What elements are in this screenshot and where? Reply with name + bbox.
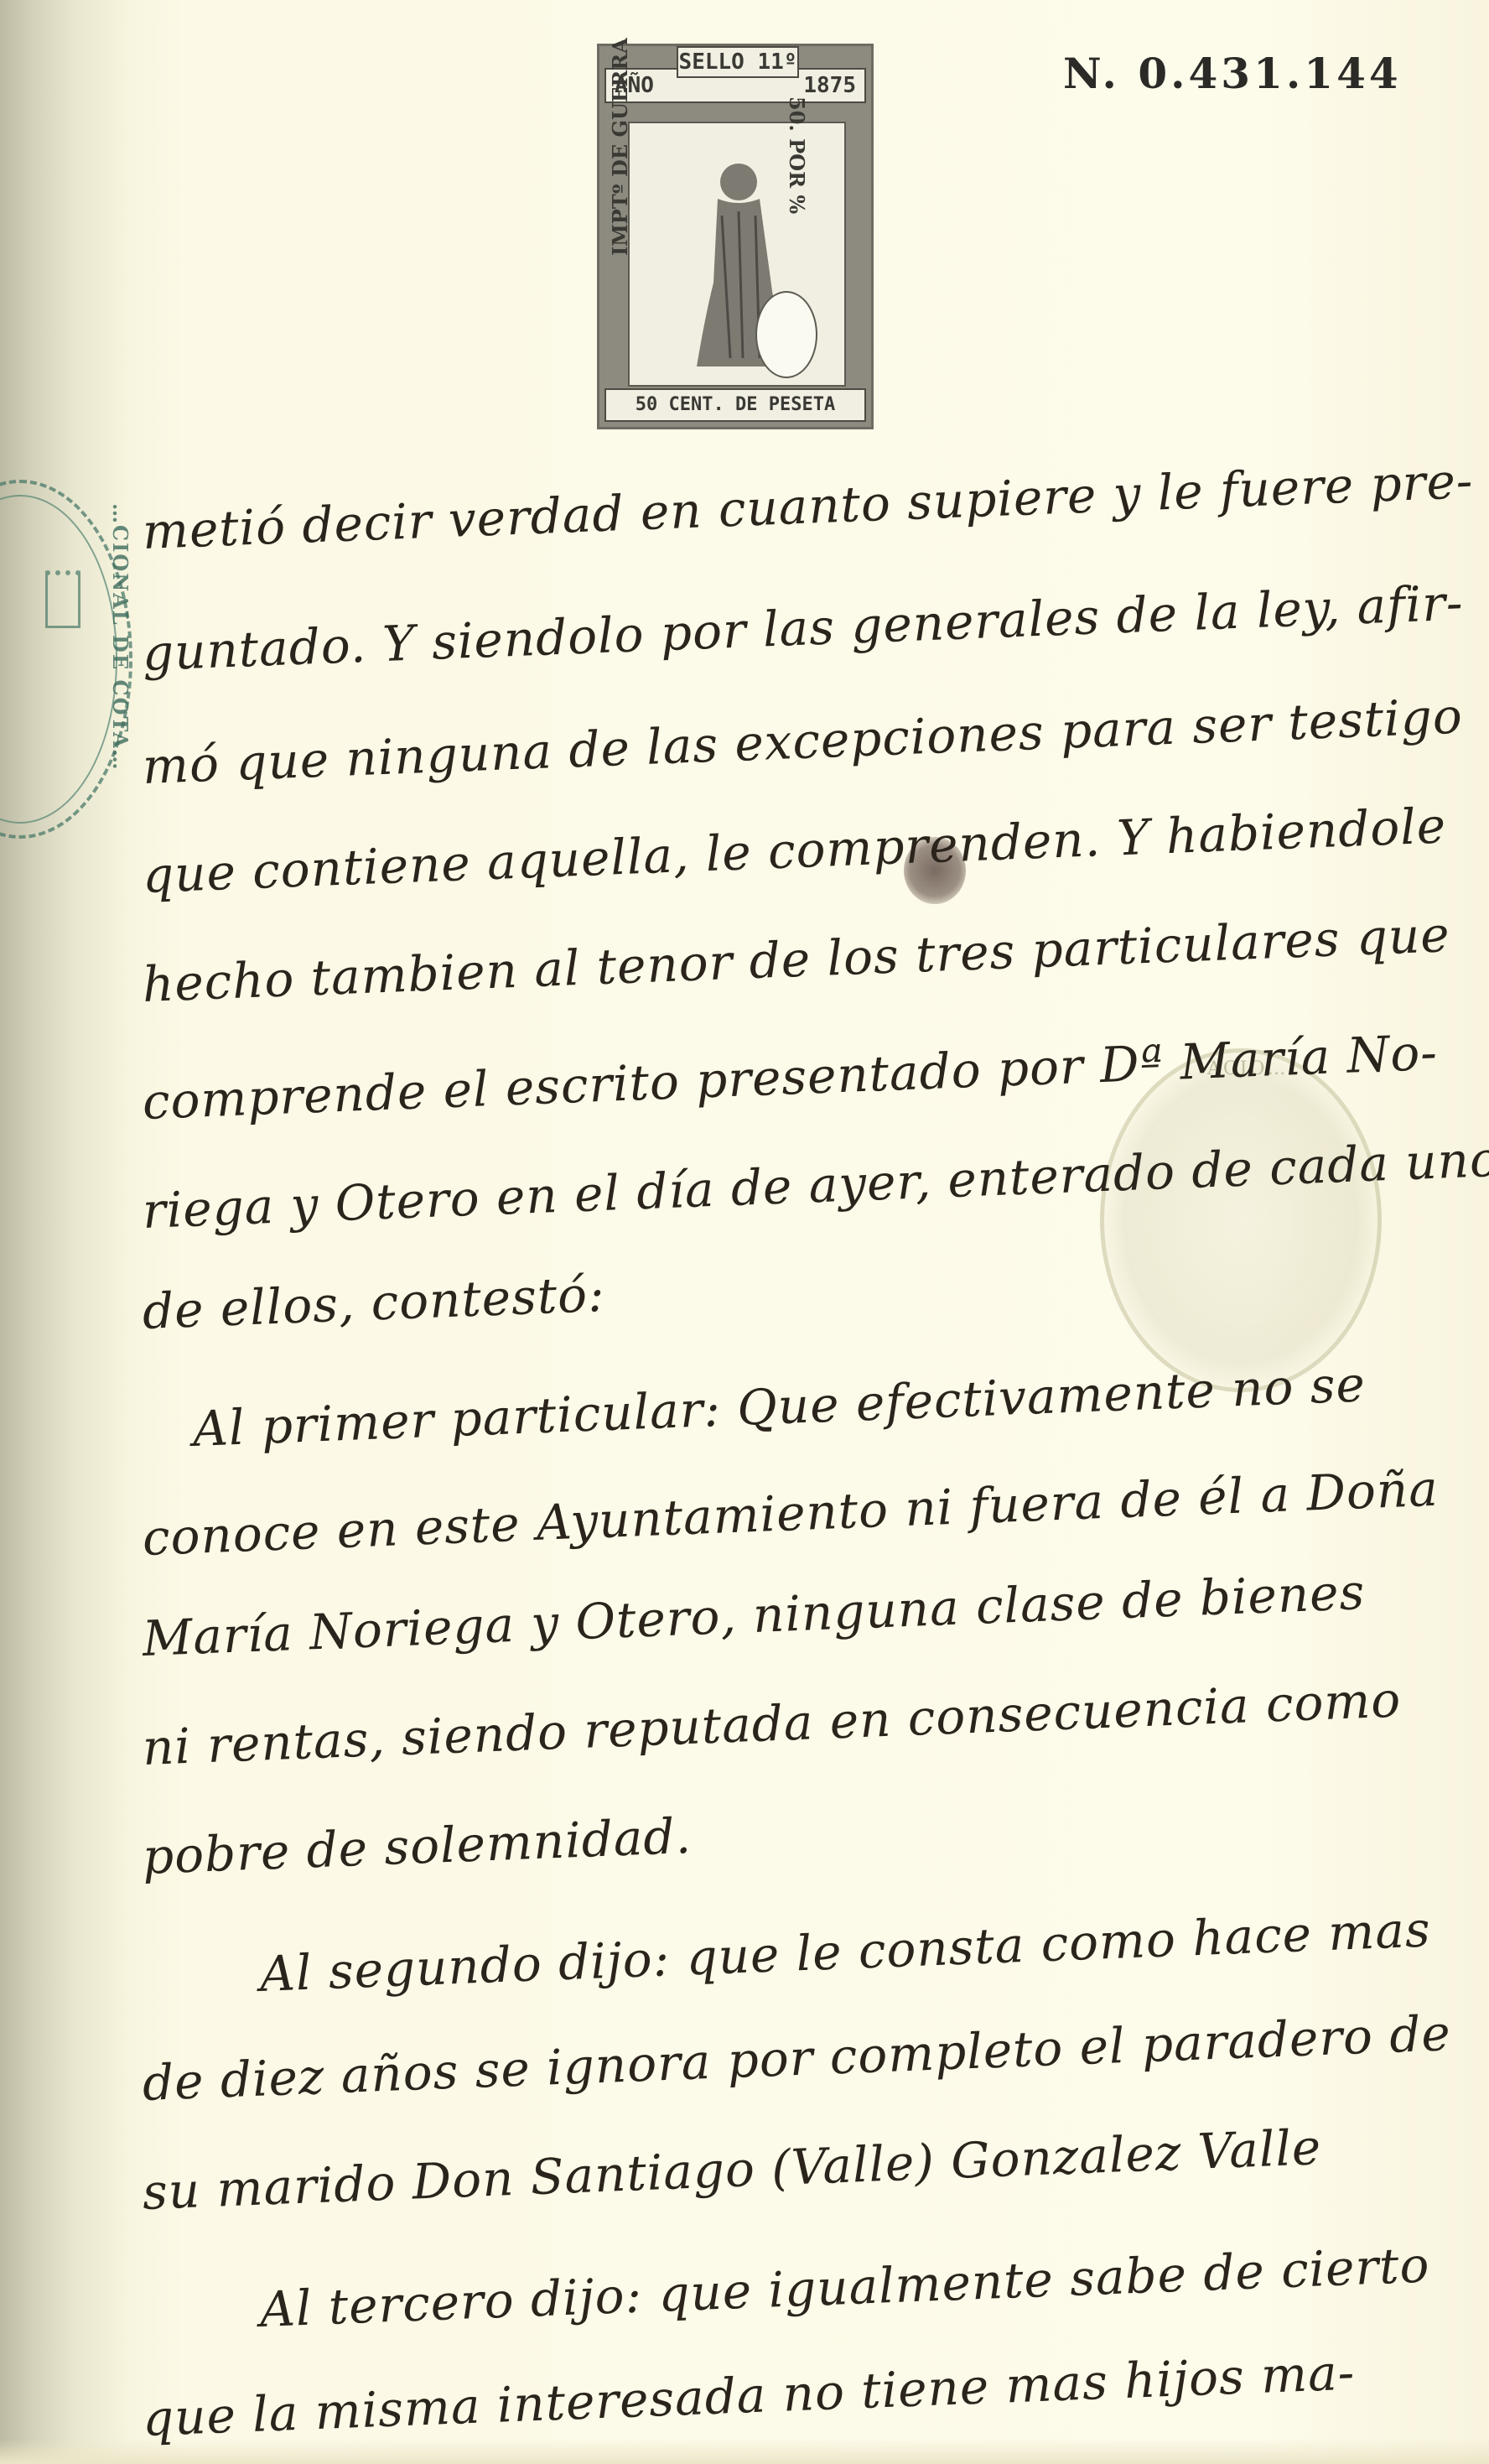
castle-icon (45, 570, 80, 628)
stamp-value: 50 CENT. DE PESETA (604, 388, 866, 422)
stamp-oval (755, 291, 817, 378)
stamp-year: 1875 (803, 73, 856, 98)
stamp-sello: SELLO 11º (677, 46, 799, 78)
stamp-left-vertical: IMPTº DE GUERRA (608, 38, 632, 256)
left-seal-text: …CIONAL DE COTA… (99, 503, 132, 822)
right-embossed-seal (1100, 1048, 1382, 1392)
revenue-stamp: AÑO 1875 SELLO 11º IMPTº DE GUERRA 50. P… (597, 44, 874, 429)
stamp-right-vertical: 50. POR % (785, 96, 809, 214)
serial-number: N. 0.431.144 (1063, 49, 1402, 98)
stamp-inner-panel (628, 122, 846, 387)
